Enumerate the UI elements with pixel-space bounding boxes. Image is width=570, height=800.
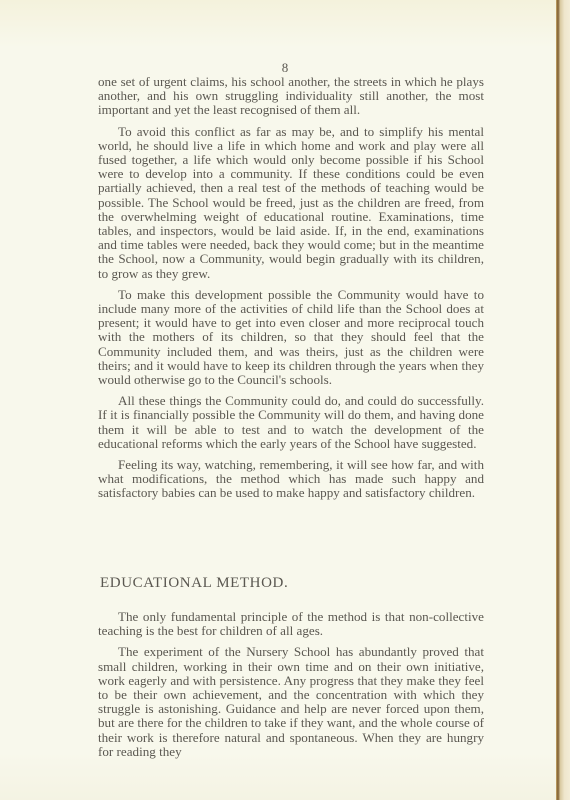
body-text-top: one set of urgent claims, his school ano… (98, 75, 484, 508)
paragraph: The only fundamental principle of the me… (98, 610, 484, 638)
paragraph: Feeling its way, watching, remembering, … (98, 458, 484, 501)
body-text-section: The only fundamental principle of the me… (98, 610, 484, 766)
paragraph: To make this development possible the Co… (98, 288, 484, 387)
paragraph: All these things the Community could do,… (98, 394, 484, 451)
paragraph: To avoid this conflict as far as may be,… (98, 125, 484, 281)
paragraph: The experiment of the Nursery School has… (98, 645, 484, 759)
paragraph-continued: one set of urgent claims, his school ano… (98, 75, 484, 118)
page-edge (556, 0, 570, 800)
section-heading: EDUCATIONAL METHOD. (100, 575, 288, 592)
